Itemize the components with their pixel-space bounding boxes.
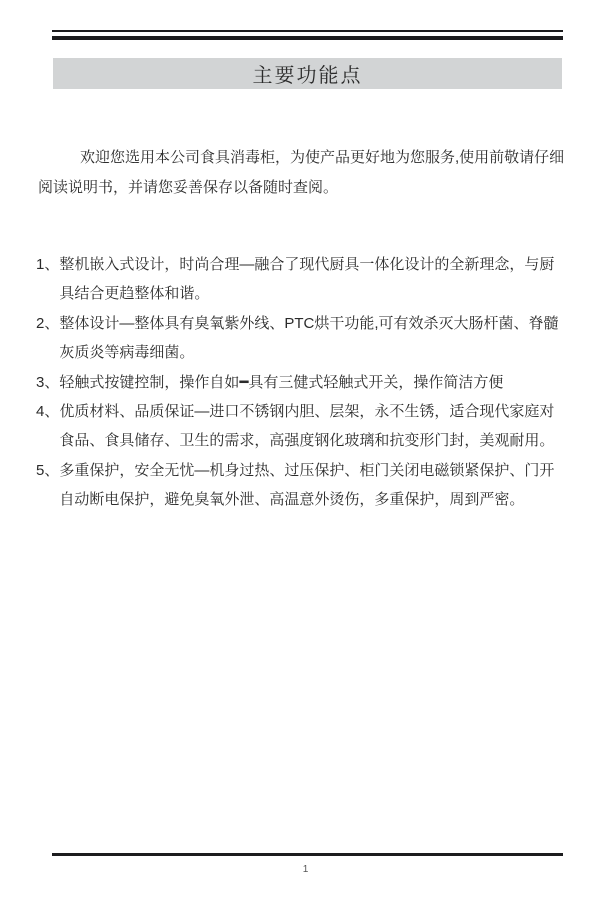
- feature-number: 4、: [36, 397, 59, 456]
- feature-text: 整体设计—整体具有臭氧紫外线、PTC烘干功能,可有效杀灭大肠杆菌、脊髓灰质炎等病…: [59, 309, 564, 368]
- top-rule-thin: [52, 30, 563, 32]
- feature-number: 2、: [36, 309, 59, 368]
- feature-item-1: 1、 整机嵌入式设计，时尚合理—融合了现代厨具一体化设计的全新理念，与厨具结合更…: [36, 250, 564, 309]
- intro-paragraph: 欢迎您选用本公司食具消毒柜，为使产品更好地为您服务,使用前敬请仔细阅读说明书，并…: [38, 143, 565, 203]
- feature-number: 5、: [36, 456, 59, 515]
- feature-list: 1、 整机嵌入式设计，时尚合理—融合了现代厨具一体化设计的全新理念，与厨具结合更…: [36, 250, 564, 515]
- feature-item-2: 2、 整体设计—整体具有臭氧紫外线、PTC烘干功能,可有效杀灭大肠杆菌、脊髓灰质…: [36, 309, 564, 368]
- feature-text: 整机嵌入式设计，时尚合理—融合了现代厨具一体化设计的全新理念，与厨具结合更趋整体…: [59, 250, 564, 309]
- page-title: 主要功能点: [253, 59, 363, 88]
- feature-number: 1、: [36, 250, 59, 309]
- feature-item-3: 3、 轻触式按键控制，操作自如━具有三健式轻触式开关，操作简洁方便: [36, 368, 564, 397]
- bottom-rule: [52, 853, 563, 856]
- feature-item-5: 5、 多重保护，安全无忧—机身过热、过压保护、柜门关闭电磁锁紧保护、门开自动断电…: [36, 456, 564, 515]
- page-number: 1: [0, 864, 611, 875]
- section-title-banner: 主要功能点: [53, 58, 562, 89]
- feature-text: 多重保护，安全无忧—机身过热、过压保护、柜门关闭电磁锁紧保护、门开自动断电保护，…: [59, 456, 564, 515]
- feature-text: 轻触式按键控制，操作自如━具有三健式轻触式开关，操作简洁方便: [59, 368, 564, 397]
- feature-item-4: 4、 优质材料、品质保证—进口不锈钢内胆、层架，永不生锈，适合现代家庭对食品、食…: [36, 397, 564, 456]
- feature-text: 优质材料、品质保证—进口不锈钢内胆、层架，永不生锈，适合现代家庭对食品、食具储存…: [59, 397, 564, 456]
- feature-number: 3、: [36, 368, 59, 397]
- top-rule-thick: [52, 36, 563, 40]
- manual-page: { "page": { "title": "主要功能点", "page_numb…: [0, 0, 611, 908]
